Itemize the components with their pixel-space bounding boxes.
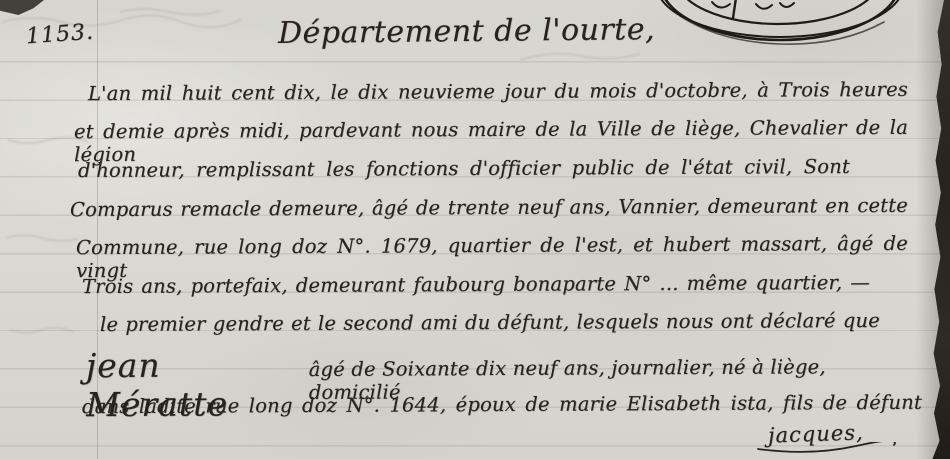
signature-flourish xyxy=(756,442,896,454)
body-line: dans ladite rue long doz N°. 1644, époux… xyxy=(82,391,922,421)
body-line: Comparus remacle demeure, âgé de trente … xyxy=(70,194,908,224)
body-line: L'an mil huit cent dix, le dix neuvieme … xyxy=(88,78,908,108)
partial-oval-stamp-icon xyxy=(652,0,914,60)
document-header: Département de l'ourte, xyxy=(278,12,655,51)
body-line: d'honneur, remplissant les fonctions d'o… xyxy=(78,155,850,185)
body-line: Trois ans, portefaix, demeurant faubourg… xyxy=(82,271,870,301)
registry-number: 1153. xyxy=(25,20,95,50)
body-line: Commune, rue long doz N°. 1679, quartier… xyxy=(76,232,908,262)
manuscript-page: 1153. Département de l'ourte, L'an mil h… xyxy=(0,0,950,459)
body-line: le premier gendre et le second ami du dé… xyxy=(100,309,880,339)
body-line: et demie après midi, pardevant nous mair… xyxy=(74,116,908,146)
corner-ink-mark xyxy=(0,0,44,15)
